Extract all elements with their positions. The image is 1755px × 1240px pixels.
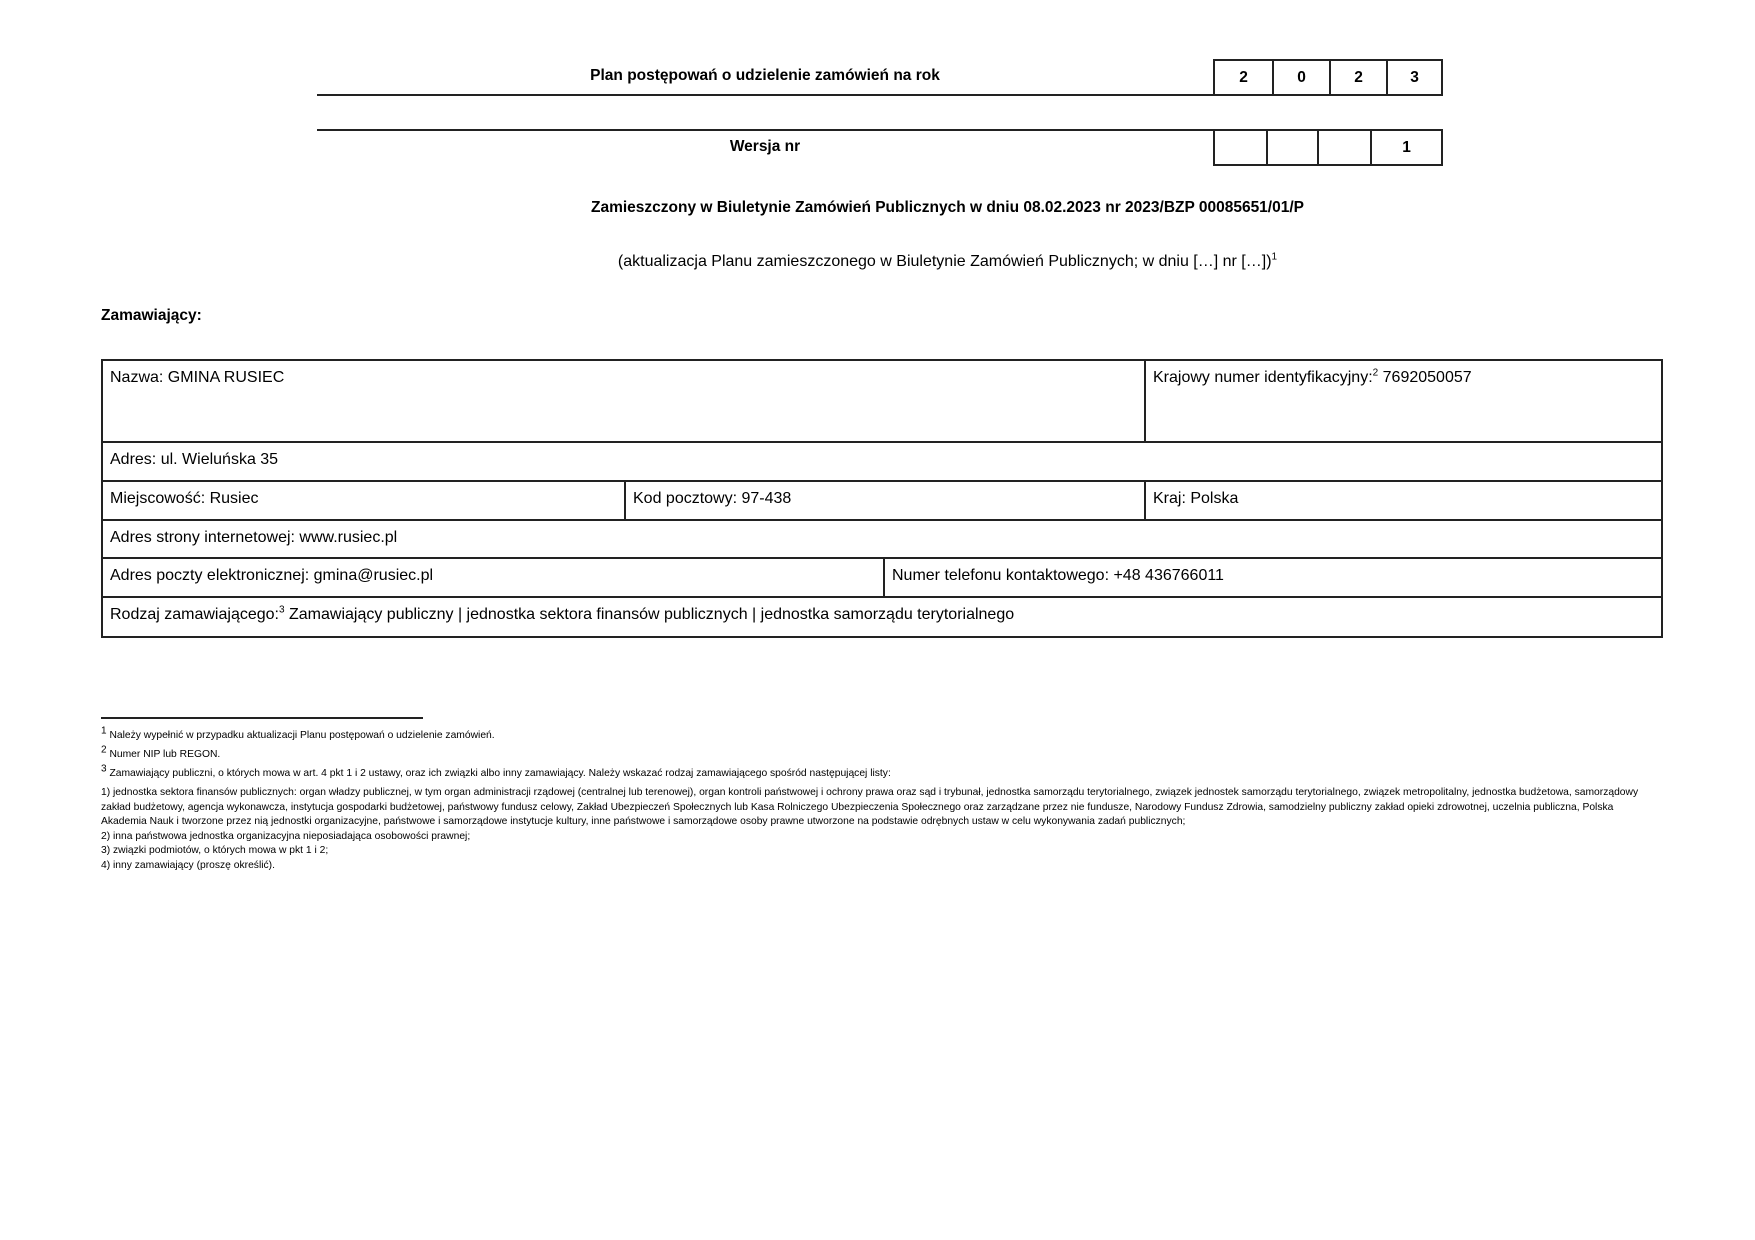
version-digit [1317,131,1370,164]
update-line: (aktualizacja Planu zamieszczonego w Biu… [0,253,1755,271]
version-boxes: 1 [1213,129,1443,166]
phone-cell: Numer telefonu kontaktowego: +48 4367660… [883,559,1661,596]
website-cell: Adres strony internetowej: www.rusiec.pl [103,521,1661,557]
footnote-separator [101,717,423,719]
year-digit: 2 [1329,61,1386,94]
footnote-ref: 3 [279,605,285,616]
list-item: 4) inny zamawiający (proszę określić). [101,859,1661,874]
table-row: Nazwa: GMINA RUSIEC Krajowy numer identy… [103,361,1661,441]
footnote-number: 1 [101,726,107,737]
postal-code-cell: Kod pocztowy: 97-438 [624,482,1144,519]
version-digit: 1 [1370,131,1441,164]
footnote-text: Należy wypełnić w przypadku aktualizacji… [109,730,494,741]
published-text: Zamieszczony w Biuletynie Zamówień Publi… [591,199,1304,216]
footnote-1: 1 Należy wypełnić w przypadku aktualizac… [101,729,1661,744]
footnote-ref: 2 [1373,368,1379,379]
footnote-number: 3 [101,764,107,775]
footnote-text: Zamawiający publiczni, o których mowa w … [109,768,890,779]
version-rule [317,129,1213,131]
list-item: 3) związki podmiotów, o których mowa w p… [101,844,1661,859]
section-label-contracting-authority: Zamawiający: [101,307,202,325]
contracting-authority-table: Nazwa: GMINA RUSIEC Krajowy numer identy… [101,359,1663,638]
national-id-label: Krajowy numer identyfikacyjny: [1153,369,1373,386]
table-row: Rodzaj zamawiającego:3 Zamawiający publi… [103,596,1661,636]
plan-title-rule [317,94,1213,96]
update-text: (aktualizacja Planu zamieszczonego w Biu… [618,253,1272,270]
footnote-ref: 1 [1272,252,1278,263]
authority-type-list: 1) jednostka sektora finansów publicznyc… [101,786,1661,873]
footnotes: 1 Należy wypełnić w przypadku aktualizac… [101,729,1661,873]
country-cell: Kraj: Polska [1144,482,1661,519]
name-cell: Nazwa: GMINA RUSIEC [103,361,1144,441]
table-row: Adres: ul. Wieluńska 35 [103,441,1661,480]
authority-type-value: Zamawiający publiczny | jednostka sektor… [289,606,1014,623]
address-cell: Adres: ul. Wieluńska 35 [103,443,1661,480]
table-row: Adres poczty elektronicznej: gmina@rusie… [103,557,1661,596]
footnote-text: Numer NIP lub REGON. [109,749,220,760]
city-cell: Miejscowość: Rusiec [103,482,624,519]
version-digit [1215,131,1266,164]
published-line: Zamieszczony w Biuletynie Zamówień Publi… [0,199,1755,217]
version-label: Wersja nr [317,138,1213,156]
footnote-2: 2 Numer NIP lub REGON. [101,748,1661,763]
year-boxes: 2 0 2 3 [1213,59,1443,96]
list-item: 2) inna państwowa jednostka organizacyjn… [101,830,1661,845]
email-cell: Adres poczty elektronicznej: gmina@rusie… [103,559,883,596]
national-id-cell: Krajowy numer identyfikacyjny:2 76920500… [1144,361,1661,441]
list-item: 1) jednostka sektora finansów publicznyc… [101,786,1661,830]
authority-type-cell: Rodzaj zamawiającego:3 Zamawiający publi… [103,598,1661,636]
footnote-3: 3 Zamawiający publiczni, o których mowa … [101,767,1661,782]
year-digit: 3 [1386,61,1441,94]
footnote-number: 2 [101,745,107,756]
year-digit: 2 [1215,61,1272,94]
table-row: Adres strony internetowej: www.rusiec.pl [103,519,1661,557]
year-digit: 0 [1272,61,1329,94]
table-row: Miejscowość: Rusiec Kod pocztowy: 97-438… [103,480,1661,519]
national-id-value: 7692050057 [1383,369,1472,386]
plan-title: Plan postępowań o udzielenie zamówień na… [317,67,1213,85]
authority-type-label: Rodzaj zamawiającego: [110,606,279,623]
version-digit [1266,131,1317,164]
